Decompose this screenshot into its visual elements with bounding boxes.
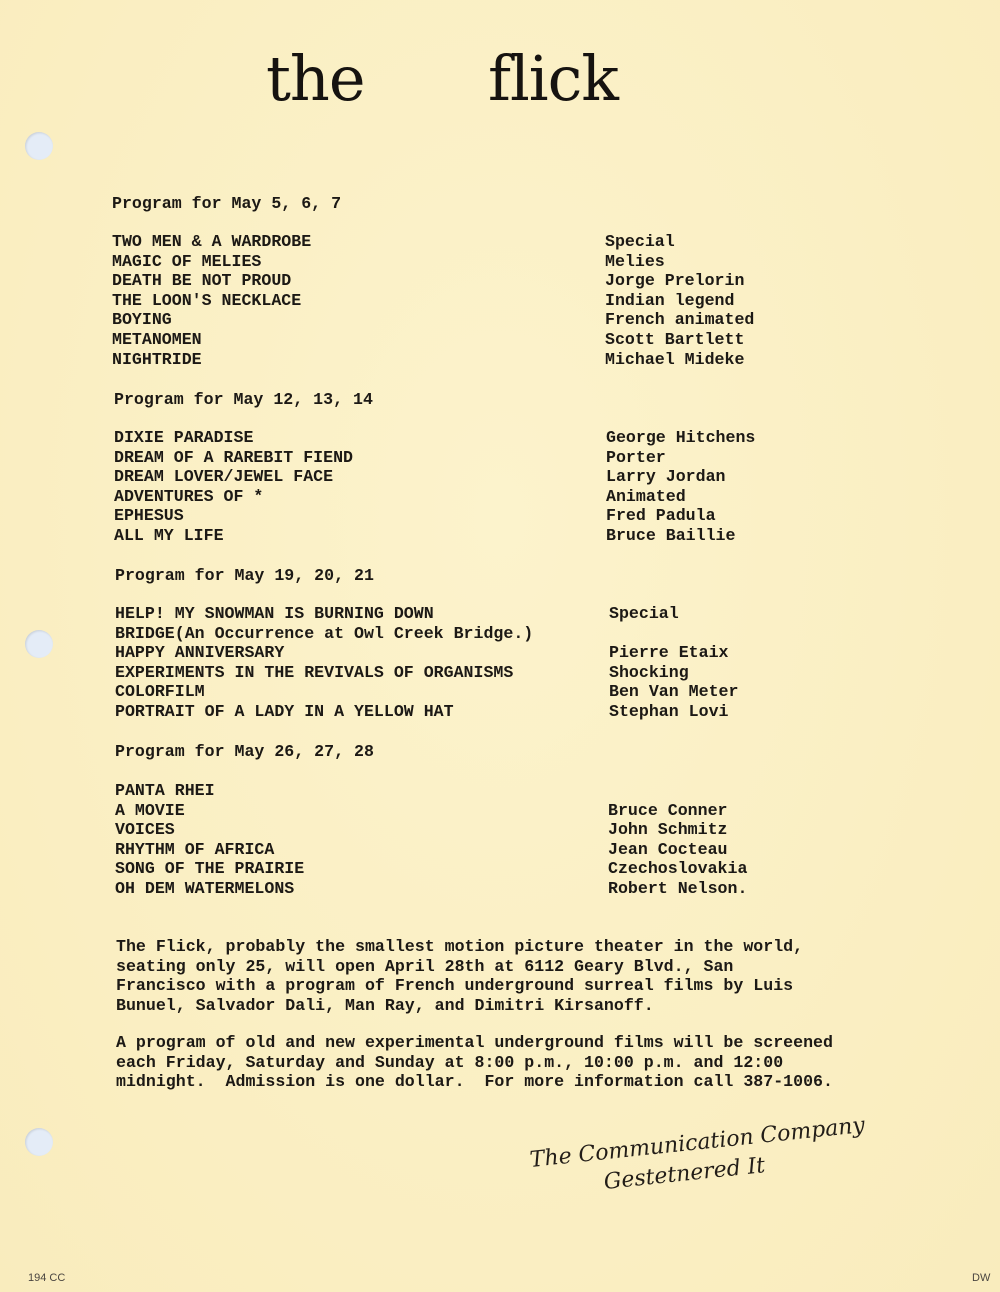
film-title: OH DEM WATERMELONS bbox=[115, 879, 294, 899]
film-title: COLORFILM bbox=[115, 682, 205, 702]
film-title: DEATH BE NOT PROUD bbox=[112, 271, 291, 291]
film-credit: Czechoslovakia bbox=[608, 859, 747, 879]
film-title: DREAM OF A RAREBIT FIEND bbox=[114, 448, 353, 468]
film-title: DREAM LOVER/JEWEL FACE bbox=[114, 467, 333, 487]
film-credit: Michael Mideke bbox=[605, 350, 744, 370]
film-list: TWO MEN & A WARDROBESpecialMAGIC OF MELI… bbox=[112, 232, 812, 369]
archival-note-left: 194 CC bbox=[28, 1272, 65, 1284]
film-row: SONG OF THE PRAIRIECzechoslovakia bbox=[115, 859, 815, 879]
film-row: PANTA RHEI bbox=[115, 781, 815, 801]
film-row: HAPPY ANNIVERSARYPierre Etaix bbox=[115, 643, 815, 663]
film-row: MAGIC OF MELIESMelies bbox=[112, 252, 812, 272]
film-title: METANOMEN bbox=[112, 330, 202, 350]
film-title: RHYTHM OF AFRICA bbox=[115, 840, 274, 860]
title-flick: flick bbox=[488, 48, 618, 110]
title-the: the bbox=[266, 48, 365, 110]
film-title: DIXIE PARADISE bbox=[114, 428, 253, 448]
film-credit: Stephan Lovi bbox=[609, 702, 729, 722]
film-title: SONG OF THE PRAIRIE bbox=[115, 859, 304, 879]
film-row: ALL MY LIFEBruce Baillie bbox=[114, 526, 814, 546]
paragraph-line: Francisco with a program of French under… bbox=[116, 976, 803, 996]
film-title: A MOVIE bbox=[115, 801, 185, 821]
schedule-paragraph: A program of old and new experimental un… bbox=[116, 1033, 833, 1092]
film-list: PANTA RHEIA MOVIEBruce ConnerVOICESJohn … bbox=[115, 781, 815, 899]
paragraph-line: seating only 25, will open April 28th at… bbox=[116, 957, 803, 977]
archival-note-right: DW bbox=[972, 1272, 990, 1284]
film-title: BOYING bbox=[112, 310, 172, 330]
film-credit: Indian legend bbox=[605, 291, 734, 311]
film-row: METANOMENScott Bartlett bbox=[112, 330, 812, 350]
film-title: MAGIC OF MELIES bbox=[112, 252, 261, 272]
film-row: OH DEM WATERMELONSRobert Nelson. bbox=[115, 879, 815, 899]
paragraph-line: Bunuel, Salvador Dali, Man Ray, and Dimi… bbox=[116, 996, 803, 1016]
film-row: THE LOON'S NECKLACEIndian legend bbox=[112, 291, 812, 311]
film-row: DIXIE PARADISEGeorge Hitchens bbox=[114, 428, 814, 448]
film-credit: Animated bbox=[606, 487, 686, 507]
film-title: ALL MY LIFE bbox=[114, 526, 224, 546]
film-row: DEATH BE NOT PROUDJorge Prelorin bbox=[112, 271, 812, 291]
film-row: EPHESUSFred Padula bbox=[114, 506, 814, 526]
film-credit: George Hitchens bbox=[606, 428, 755, 448]
film-title: NIGHTRIDE bbox=[112, 350, 202, 370]
program-heading: Program for May 5, 6, 7 bbox=[112, 194, 341, 214]
film-credit: Melies bbox=[605, 252, 665, 272]
program-heading: Program for May 12, 13, 14 bbox=[114, 390, 373, 410]
film-credit: Scott Bartlett bbox=[605, 330, 744, 350]
film-row: TWO MEN & A WARDROBESpecial bbox=[112, 232, 812, 252]
paragraph-line: The Flick, probably the smallest motion … bbox=[116, 937, 803, 957]
film-credit: Pierre Etaix bbox=[609, 643, 729, 663]
film-credit: Bruce Baillie bbox=[606, 526, 735, 546]
film-title: THE LOON'S NECKLACE bbox=[112, 291, 301, 311]
film-list: HELP! MY SNOWMAN IS BURNING DOWNSpecialB… bbox=[115, 604, 815, 722]
film-title: EPHESUS bbox=[114, 506, 184, 526]
film-credit: Jorge Prelorin bbox=[605, 271, 744, 291]
film-row: DREAM OF A RAREBIT FIENDPorter bbox=[114, 448, 814, 468]
film-title: ADVENTURES OF * bbox=[114, 487, 263, 507]
film-row: HELP! MY SNOWMAN IS BURNING DOWNSpecial bbox=[115, 604, 815, 624]
film-row: A MOVIEBruce Conner bbox=[115, 801, 815, 821]
film-credit: Special bbox=[605, 232, 675, 252]
punch-hole-bottom bbox=[25, 1128, 53, 1156]
paragraph-line: A program of old and new experimental un… bbox=[116, 1033, 833, 1053]
punch-hole-middle bbox=[25, 630, 53, 658]
film-title: HAPPY ANNIVERSARY bbox=[115, 643, 284, 663]
film-credit: Larry Jordan bbox=[606, 467, 726, 487]
film-credit: Fred Padula bbox=[606, 506, 716, 526]
film-row: NIGHTRIDEMichael Mideke bbox=[112, 350, 812, 370]
intro-paragraph: The Flick, probably the smallest motion … bbox=[116, 937, 803, 1015]
film-list: DIXIE PARADISEGeorge HitchensDREAM OF A … bbox=[114, 428, 814, 546]
film-credit: French animated bbox=[605, 310, 754, 330]
paragraph-line: each Friday, Saturday and Sunday at 8:00… bbox=[116, 1053, 833, 1073]
program-heading: Program for May 26, 27, 28 bbox=[115, 742, 374, 762]
program-heading: Program for May 19, 20, 21 bbox=[115, 566, 374, 586]
film-title: PANTA RHEI bbox=[115, 781, 215, 801]
film-title: BRIDGE(An Occurrence at Owl Creek Bridge… bbox=[115, 624, 533, 644]
film-row: COLORFILMBen Van Meter bbox=[115, 682, 815, 702]
film-row: VOICESJohn Schmitz bbox=[115, 820, 815, 840]
film-credit: Jean Cocteau bbox=[608, 840, 728, 860]
film-row: RHYTHM OF AFRICAJean Cocteau bbox=[115, 840, 815, 860]
film-credit: John Schmitz bbox=[608, 820, 728, 840]
film-row: DREAM LOVER/JEWEL FACELarry Jordan bbox=[114, 467, 814, 487]
film-row: BOYINGFrench animated bbox=[112, 310, 812, 330]
film-title: VOICES bbox=[115, 820, 175, 840]
film-row: ADVENTURES OF *Animated bbox=[114, 487, 814, 507]
film-row: BRIDGE(An Occurrence at Owl Creek Bridge… bbox=[115, 624, 815, 644]
film-credit: Robert Nelson. bbox=[608, 879, 747, 899]
film-credit: Porter bbox=[606, 448, 666, 468]
punch-hole-top bbox=[25, 132, 53, 160]
film-credit: Shocking bbox=[609, 663, 689, 683]
film-title: PORTRAIT OF A LADY IN A YELLOW HAT bbox=[115, 702, 454, 722]
film-credit: Special bbox=[609, 604, 679, 624]
film-title: TWO MEN & A WARDROBE bbox=[112, 232, 311, 252]
paragraph-line: midnight. Admission is one dollar. For m… bbox=[116, 1072, 833, 1092]
film-title: EXPERIMENTS IN THE REVIVALS OF ORGANISMS bbox=[115, 663, 513, 683]
film-credit: Bruce Conner bbox=[608, 801, 728, 821]
film-credit: Ben Van Meter bbox=[609, 682, 738, 702]
film-row: PORTRAIT OF A LADY IN A YELLOW HATStepha… bbox=[115, 702, 815, 722]
film-row: EXPERIMENTS IN THE REVIVALS OF ORGANISMS… bbox=[115, 663, 815, 683]
film-title: HELP! MY SNOWMAN IS BURNING DOWN bbox=[115, 604, 434, 624]
